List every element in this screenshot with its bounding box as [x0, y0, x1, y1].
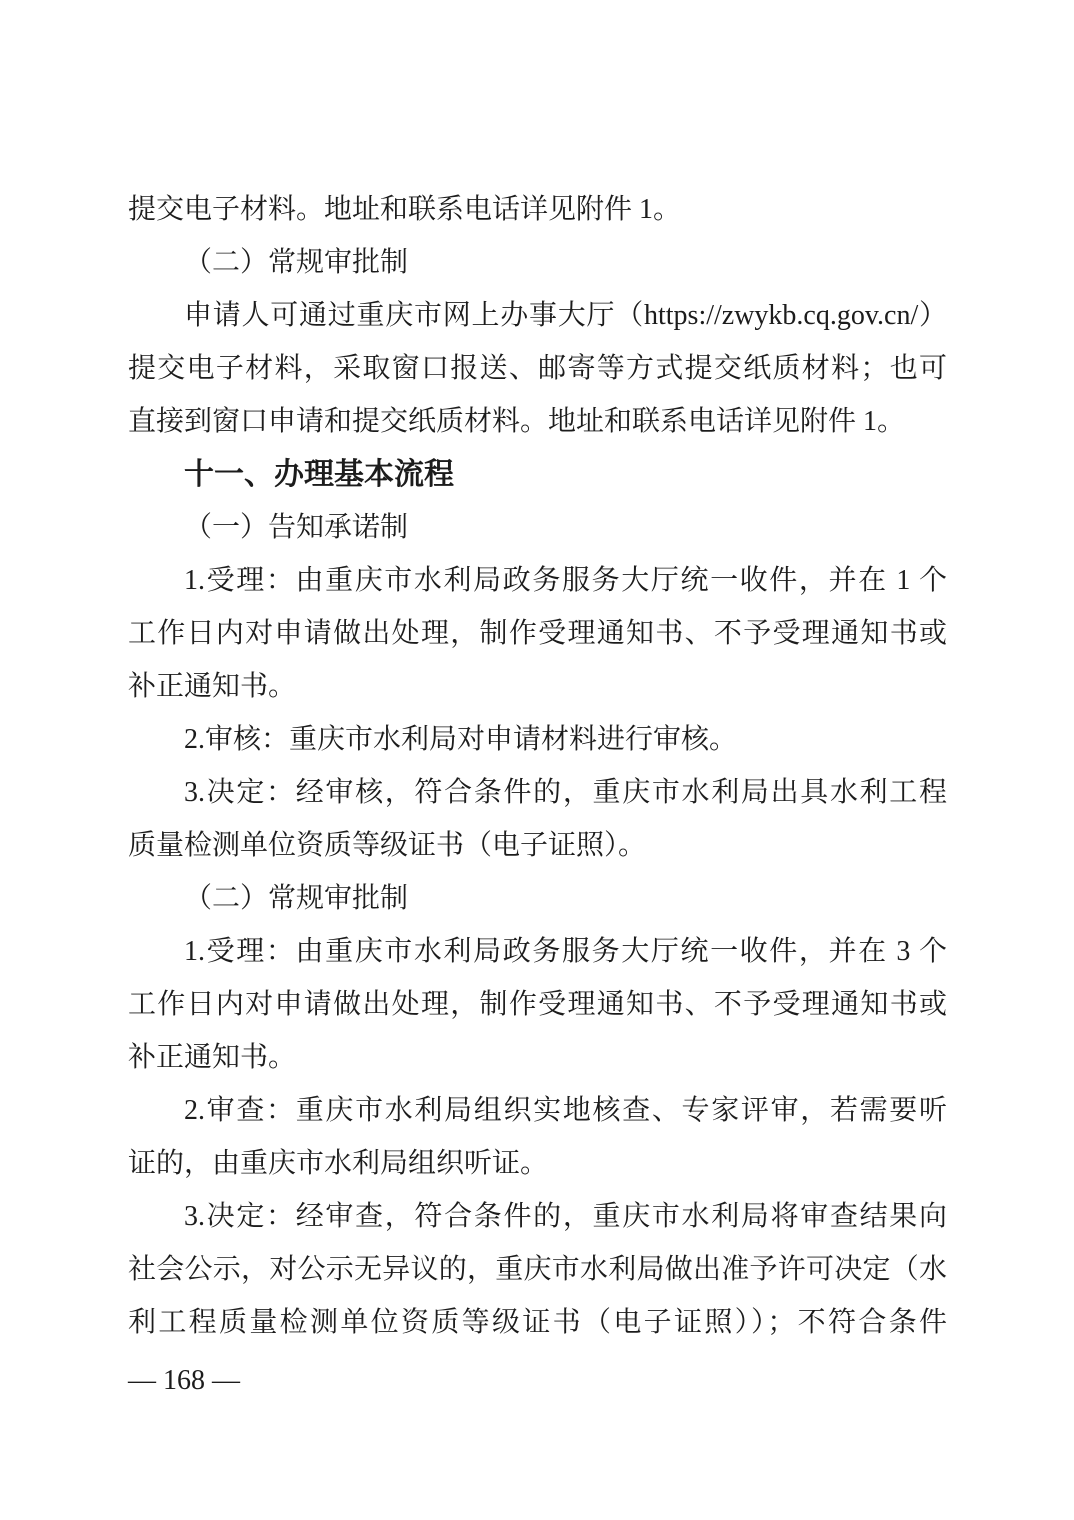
subsection-label-line: （一）告知承诺制: [128, 501, 947, 554]
body-text-line: 补正通知书。: [128, 660, 947, 713]
body-text-line: 3.决定：经审核，符合条件的，重庆市水利局出具水利工程: [128, 766, 947, 819]
body-text-line: 1.受理：由重庆市水利局政务服务大厅统一收件，并在 3 个: [128, 925, 947, 978]
body-text-line: 工作日内对申请做出处理，制作受理通知书、不予受理通知书或: [128, 607, 947, 660]
body-text-line: 提交电子材料，采取窗口报送、邮寄等方式提交纸质材料；也可: [128, 342, 947, 395]
subsection-label-line: （二）常规审批制: [128, 236, 947, 289]
body-text-line: 工作日内对申请做出处理，制作受理通知书、不予受理通知书或: [128, 978, 947, 1031]
body-text-line: 补正通知书。: [128, 1031, 947, 1084]
body-text-line: 利工程质量检测单位资质等级证书（电子证照））；不符合条件: [128, 1296, 947, 1349]
body-text-line: 社会公示，对公示无异议的，重庆市水利局做出准予许可决定（水: [128, 1243, 947, 1296]
body-text-line: 2.审核：重庆市水利局对申请材料进行审核。: [128, 713, 947, 766]
body-text-line: 质量检测单位资质等级证书（电子证照）。: [128, 819, 947, 872]
body-text-line: 1.受理：由重庆市水利局政务服务大厅统一收件，并在 1 个: [128, 554, 947, 607]
subsection-label-line: （二）常规审批制: [128, 872, 947, 925]
document-page: 提交电子材料。地址和联系电话详见附件 1。 （二）常规审批制 申请人可通过重庆市…: [0, 0, 1074, 1520]
body-text-line: 证的，由重庆市水利局组织听证。: [128, 1137, 947, 1190]
body-text-line: 提交电子材料。地址和联系电话详见附件 1。: [128, 183, 947, 236]
document-body: 提交电子材料。地址和联系电话详见附件 1。 （二）常规审批制 申请人可通过重庆市…: [128, 183, 947, 1349]
section-heading: 十一、办理基本流程: [128, 448, 947, 501]
body-text-line: 3.决定：经审查，符合条件的，重庆市水利局将审查结果向: [128, 1190, 947, 1243]
body-text-line: 申请人可通过重庆市网上办事大厅（https://zwykb.cq.gov.cn/…: [128, 289, 947, 342]
body-text-line: 2.审查：重庆市水利局组织实地核查、专家评审，若需要听: [128, 1084, 947, 1137]
body-text-line: 直接到窗口申请和提交纸质材料。地址和联系电话详见附件 1。: [128, 395, 947, 448]
page-number: — 168 —: [128, 1363, 240, 1399]
